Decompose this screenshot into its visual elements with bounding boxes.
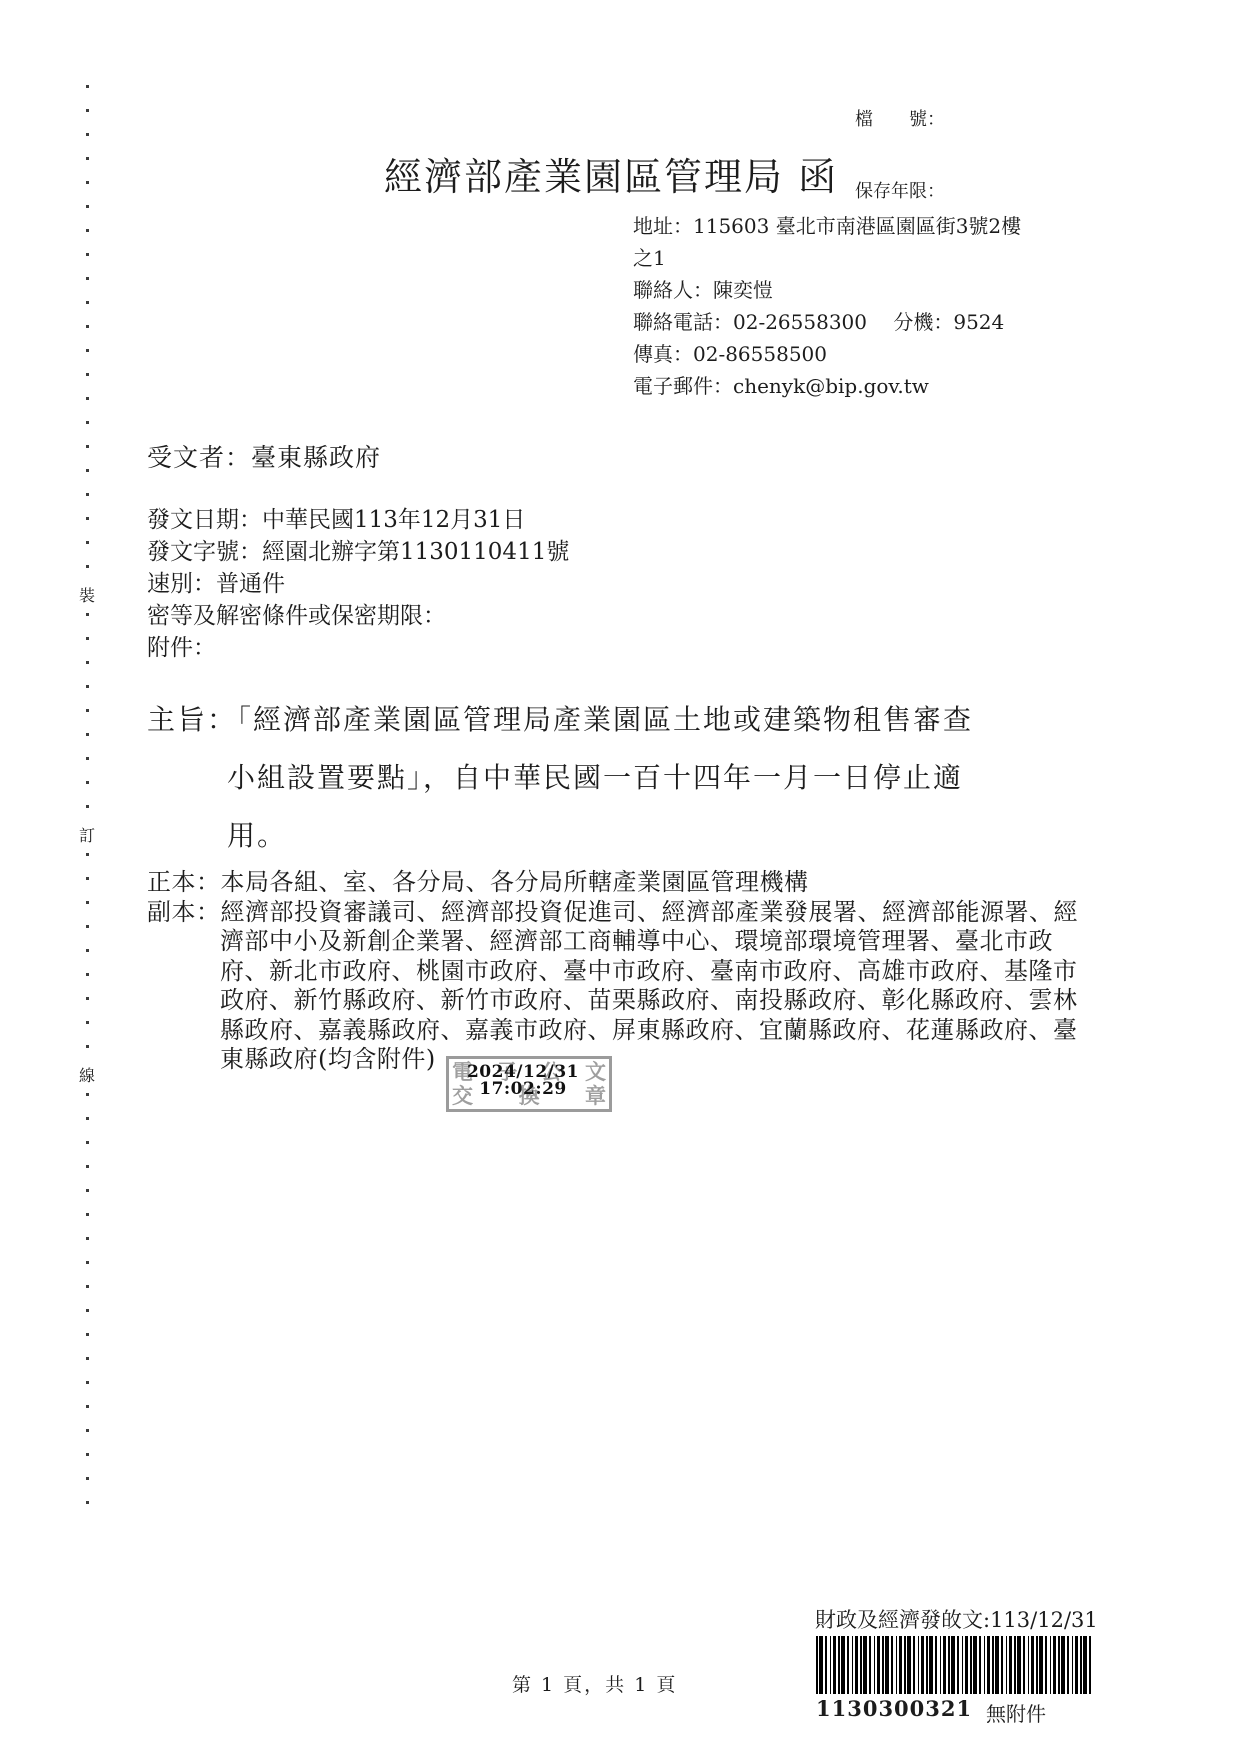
official-letter-page: 裝 訂 線 檔 號： 保存年限： 經濟部產業園區管理局 函 地址：115603 … bbox=[0, 0, 1241, 1754]
retention-period-label: 保存年限： bbox=[855, 180, 945, 204]
binding-mark-ding: 訂 bbox=[73, 820, 101, 849]
page-number-footer: 第 1 頁，共 1 頁 bbox=[512, 1670, 677, 1697]
copy-recipients-line-6: 東縣政府(均含附件) bbox=[147, 1045, 1078, 1075]
original-recipients-line: 正本：本局各組、室、各分局、各分局所轄產業園區管理機構 bbox=[147, 868, 1078, 898]
sender-phone: 聯絡電話：02-26558300 分機：9524 bbox=[633, 306, 1021, 338]
subject-line-2: 小組設置要點」，自中華民國一百十四年一月一日停止適 bbox=[147, 756, 973, 814]
stamp-datetime: 2024/12/31 17:02:29 bbox=[453, 1064, 593, 1098]
sender-address-line1: 地址：115603 臺北市南港區園區街3號2樓 bbox=[633, 210, 1021, 242]
binding-mark-zhuang: 裝 bbox=[73, 580, 101, 609]
copy-recipients-line-3: 府、新北市政府、桃園市政府、臺中市政府、臺南市政府、高雄市政府、基隆市 bbox=[147, 957, 1078, 987]
security-line: 密等及解密條件或保密期限： bbox=[147, 600, 569, 632]
barcode-number: 1130300321 bbox=[816, 1696, 972, 1721]
sender-address-line2: 之1 bbox=[633, 242, 1021, 274]
copy-recipients-line-1: 副本：經濟部投資審議司、經濟部投資促進司、經濟部產業發展署、經濟部能源署、經 bbox=[147, 898, 1078, 928]
copy-recipients-line-5: 縣政府、嘉義縣政府、嘉義市政府、屏東縣政府、宜蘭縣政府、花蓮縣政府、臺 bbox=[147, 1016, 1078, 1046]
no-attachment-note: 無附件 bbox=[986, 1698, 1046, 1727]
copy-recipients-line-4: 政府、新竹縣政府、新竹市政府、苗栗縣政府、南投縣政府、彰化縣政府、雲林 bbox=[147, 986, 1078, 1016]
issue-date-line: 發文日期：中華民國113年12月31日 bbox=[147, 504, 569, 536]
document-meta-block: 發文日期：中華民國113年12月31日 發文字號：經園北辦字第113011041… bbox=[147, 504, 569, 664]
subject-block: 主旨：「經濟部產業園區管理局產業園區土地或建築物租售審查 小組設置要點」，自中華… bbox=[147, 698, 973, 872]
copy-recipients-line-2: 濟部中小及新創企業署、經濟部工商輔導中心、環境部環境管理署、臺北市政 bbox=[147, 927, 1078, 957]
speed-line: 速別：普通件 bbox=[147, 568, 569, 600]
sender-info-block: 地址：115603 臺北市南港區園區街3號2樓 之1 聯絡人：陳奕愷 聯絡電話：… bbox=[633, 210, 1021, 402]
binding-mark-xian: 線 bbox=[73, 1060, 101, 1089]
attachment-line: 附件： bbox=[147, 632, 569, 664]
receive-stamp-text: 財政及經濟發敀文:113/12/31 bbox=[815, 1604, 1098, 1634]
subject-line-3: 用。 bbox=[147, 814, 973, 872]
distribution-block: 正本：本局各組、室、各分局、各分局所轄產業園區管理機構 副本：經濟部投資審議司、… bbox=[147, 868, 1078, 1075]
file-number-label: 檔 號： bbox=[855, 108, 945, 132]
sender-contact-person: 聯絡人：陳奕愷 bbox=[633, 274, 1021, 306]
binding-dotted-line bbox=[86, 85, 89, 1505]
barcode bbox=[816, 1636, 1093, 1694]
subject-line-1: 主旨：「經濟部產業園區管理局產業園區土地或建築物租售審查 bbox=[147, 698, 973, 756]
sender-fax: 傳真：02-86558500 bbox=[633, 338, 1021, 370]
doc-number-line: 發文字號：經園北辦字第1130110411號 bbox=[147, 536, 569, 568]
stamp-time: 17:02:29 bbox=[453, 1081, 593, 1098]
recipient-line: 受文者：臺東縣政府 bbox=[147, 438, 381, 474]
electronic-exchange-stamp: 電子公文 交換章 2024/12/31 17:02:29 bbox=[446, 1056, 612, 1112]
sender-email: 電子郵件：chenyk@bip.gov.tw bbox=[633, 370, 1021, 402]
document-title: 經濟部產業園區管理局 函 bbox=[384, 146, 838, 201]
